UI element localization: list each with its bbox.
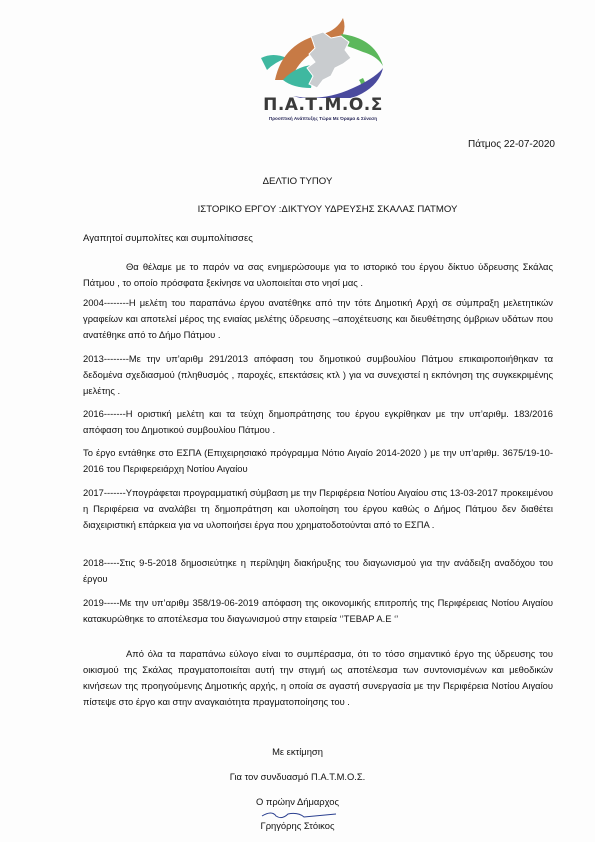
logo-title: Π.Α.Τ.Μ.Ο.Σ bbox=[253, 95, 393, 115]
signatory-role: Ο πρώην Δήμαρχος bbox=[0, 796, 595, 807]
document-type: ΔΕΛΤΙΟ ΤΥΠΟΥ bbox=[0, 176, 595, 187]
timeline-2016: 2016-------Η οριστική μελέτη και τα τεύχ… bbox=[83, 406, 553, 438]
closing-coalition: Για τον συνδυασμό Π.Α.Τ.Μ.Ο.Σ. bbox=[0, 771, 595, 782]
document-date: Πάτμος 22-07-2020 bbox=[468, 139, 555, 150]
signatory-name: Γρηγόρης Στόικος bbox=[0, 820, 595, 831]
document-subject: ΙΣΤΟΡΙΚΟ ΕΡΓΟΥ :ΔΙΚΤΥΟΥ ΥΔΡΕΥΣΗΣ ΣΚΑΛΑΣ … bbox=[60, 204, 595, 215]
logo-emblem-icon bbox=[253, 18, 393, 98]
timeline-2013: 2013--------Με την υπ’αριθμ 291/2013 από… bbox=[83, 351, 553, 399]
conclusion-paragraph: Από όλα τα παραπάνω εύλογο είναι το συμπ… bbox=[83, 646, 553, 710]
timeline-2018: 2018-----Στις 9-5-2018 δημοσιεύτηκε η πε… bbox=[83, 555, 553, 587]
intro-paragraph: Θα θέλαμε με το παρόν να σας ενημερώσουμ… bbox=[83, 259, 553, 291]
logo-subtitle: Προοπτική Ανάπτυξης Τώρα Με Όραμα & Σύνε… bbox=[253, 116, 393, 121]
document-page: Π.Α.Τ.Μ.Ο.Σ Προοπτική Ανάπτυξης Τώρα Με … bbox=[0, 0, 595, 842]
patmos-logo: Π.Α.Τ.Μ.Ο.Σ Προοπτική Ανάπτυξης Τώρα Με … bbox=[253, 18, 393, 122]
timeline-2017: 2017-------Υπογράφεται προγραμματική σύμ… bbox=[83, 485, 553, 533]
timeline-2019: 2019-----Με την υπ’αριθμ 358/19-06-2019 … bbox=[83, 595, 553, 627]
greeting: Αγαπητοί συμπολίτες και συμπολίτισσες bbox=[83, 233, 253, 244]
closing-regards: Με εκτίμηση bbox=[0, 746, 595, 757]
timeline-espa: Το έργο εντάθηκε στο ΕΣΠΑ (Επιχειρησιακό… bbox=[83, 445, 553, 477]
timeline-2004: 2004--------Η μελέτη του παραπάνω έργου … bbox=[83, 295, 553, 343]
